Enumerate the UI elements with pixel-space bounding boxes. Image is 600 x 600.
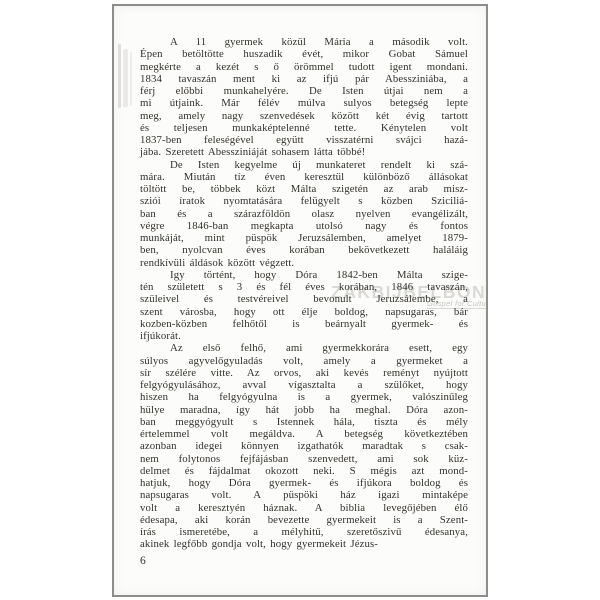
text-line: jába. Szeretett Abessziniáját sohasem lá… bbox=[140, 146, 468, 158]
text-line: végre 1846-ban megkapta utolsó nagy és f… bbox=[140, 220, 468, 232]
text-line: meg, amely nagy szenvedések között két é… bbox=[140, 110, 468, 122]
text-line: 1837-ben feleségével együtt visszatérni … bbox=[140, 134, 468, 146]
paragraph: Az első felhő, ami gyermekkorára esett, … bbox=[140, 342, 468, 550]
text-line: rendkívüli áldások között végzett. bbox=[140, 257, 468, 269]
text-line: sziói íratok nyomtatására felügyelt s kö… bbox=[140, 195, 468, 207]
scan-artifact bbox=[118, 44, 121, 108]
text-line: megkérte a kezét s ő örömmel tudott igen… bbox=[140, 61, 468, 73]
text-line: felgyógyulásához, avval vígasztalta a sz… bbox=[140, 379, 468, 391]
text-line: De Isten kegyelme új munkateret rendelt … bbox=[140, 159, 468, 171]
text-line: Igy történt, hogy Dóra 1842-ben Málta sz… bbox=[140, 269, 468, 281]
text-line: kozben-közben felhőtől is beárnyalt gyer… bbox=[140, 318, 468, 330]
text-line: ban és a szárazföldön olasz nyelven evan… bbox=[140, 208, 468, 220]
text-line: értelemmel volt megáldva. A betegség köv… bbox=[140, 428, 468, 440]
text-line: férj előbbi munkahelyére. De Isten útjai… bbox=[140, 85, 468, 97]
paragraph: De Isten kegyelme új munkateret rendelt … bbox=[140, 159, 468, 269]
text-block: A 11 gyermek közül Mária a második volt.… bbox=[140, 36, 468, 551]
text-line: Az első felhő, ami gyermekkorára esett, … bbox=[140, 342, 468, 354]
text-line: hatjuk, hogy Dóra gyermek- és ifjúkora b… bbox=[140, 477, 468, 489]
text-line: szüleivel és testvéreivel bevonult Jeruz… bbox=[140, 293, 468, 305]
text-line: ben, nyolcvan éves korában bekövetkezett… bbox=[140, 244, 468, 256]
text-line: és teljesen munkaképtelenné tette. Kényt… bbox=[140, 122, 468, 134]
text-line: akinek legfőbb gondja volt, hogy gyermek… bbox=[140, 538, 468, 550]
text-line: napsugaras volt. A püspöki ház igazi min… bbox=[140, 489, 468, 501]
text-line: mi útjaink. Már félév múlva sulyos beteg… bbox=[140, 97, 468, 109]
text-line: 1834 tavaszán ment ki az ifjú pár Abessz… bbox=[140, 73, 468, 85]
scan-artifact bbox=[123, 49, 128, 107]
text-line: írás ismeretébe, a mélyhitű, szeretősziv… bbox=[140, 526, 468, 538]
text-line: nem folytonos fejfájásban szenvedett, am… bbox=[140, 453, 468, 465]
text-line: munkáját, mint püspök Jeruzsálemben, ame… bbox=[140, 232, 468, 244]
text-line: ban meggyógyult s Istennek hála, tiszta … bbox=[140, 416, 468, 428]
text-line: sír szélére vitte. Az orvos, aki kevés r… bbox=[140, 367, 468, 379]
text-line: delmet és fájdalmat okozott neki. S mégi… bbox=[140, 465, 468, 477]
text-line: hülye maradna, így hát jobb ha meghal. D… bbox=[140, 404, 468, 416]
text-line: súlyos agyvelőgyuladás volt, amely a gye… bbox=[140, 355, 468, 367]
paragraph: Igy történt, hogy Dóra 1842-ben Málta sz… bbox=[140, 269, 468, 343]
book-page-sheet: ZAKBIJBELBOND Gospel for Culture A 11 gy… bbox=[112, 4, 488, 597]
page-number: 6 bbox=[140, 555, 146, 567]
text-line: hiszen ha felgyógyulna is a gyermek, val… bbox=[140, 391, 468, 403]
text-line: A 11 gyermek közül Mária a második volt. bbox=[140, 36, 468, 48]
text-line: volt a keresztyén háznak. A biblia leveg… bbox=[140, 502, 468, 514]
text-line: Épen betöltötte huszadik évét, mikor Gob… bbox=[140, 48, 468, 60]
text-line: ifjúkorát. bbox=[140, 330, 468, 342]
text-line: tén született s 3 és fél éves korában, 1… bbox=[140, 281, 468, 293]
scan-artifact bbox=[130, 52, 132, 106]
text-line: szent városba, hogy ott élje boldog, nap… bbox=[140, 306, 468, 318]
paragraph: A 11 gyermek közül Mária a második volt.… bbox=[140, 36, 468, 159]
text-line: édesapa, aki korán bevezette gyermekeit … bbox=[140, 514, 468, 526]
text-line: azonban idegei könnyen izgathatók maradt… bbox=[140, 440, 468, 452]
text-line: mára. Miután tíz éven keresztül különböz… bbox=[140, 171, 468, 183]
text-line: töltött be, többek közt Málta szigetén a… bbox=[140, 183, 468, 195]
